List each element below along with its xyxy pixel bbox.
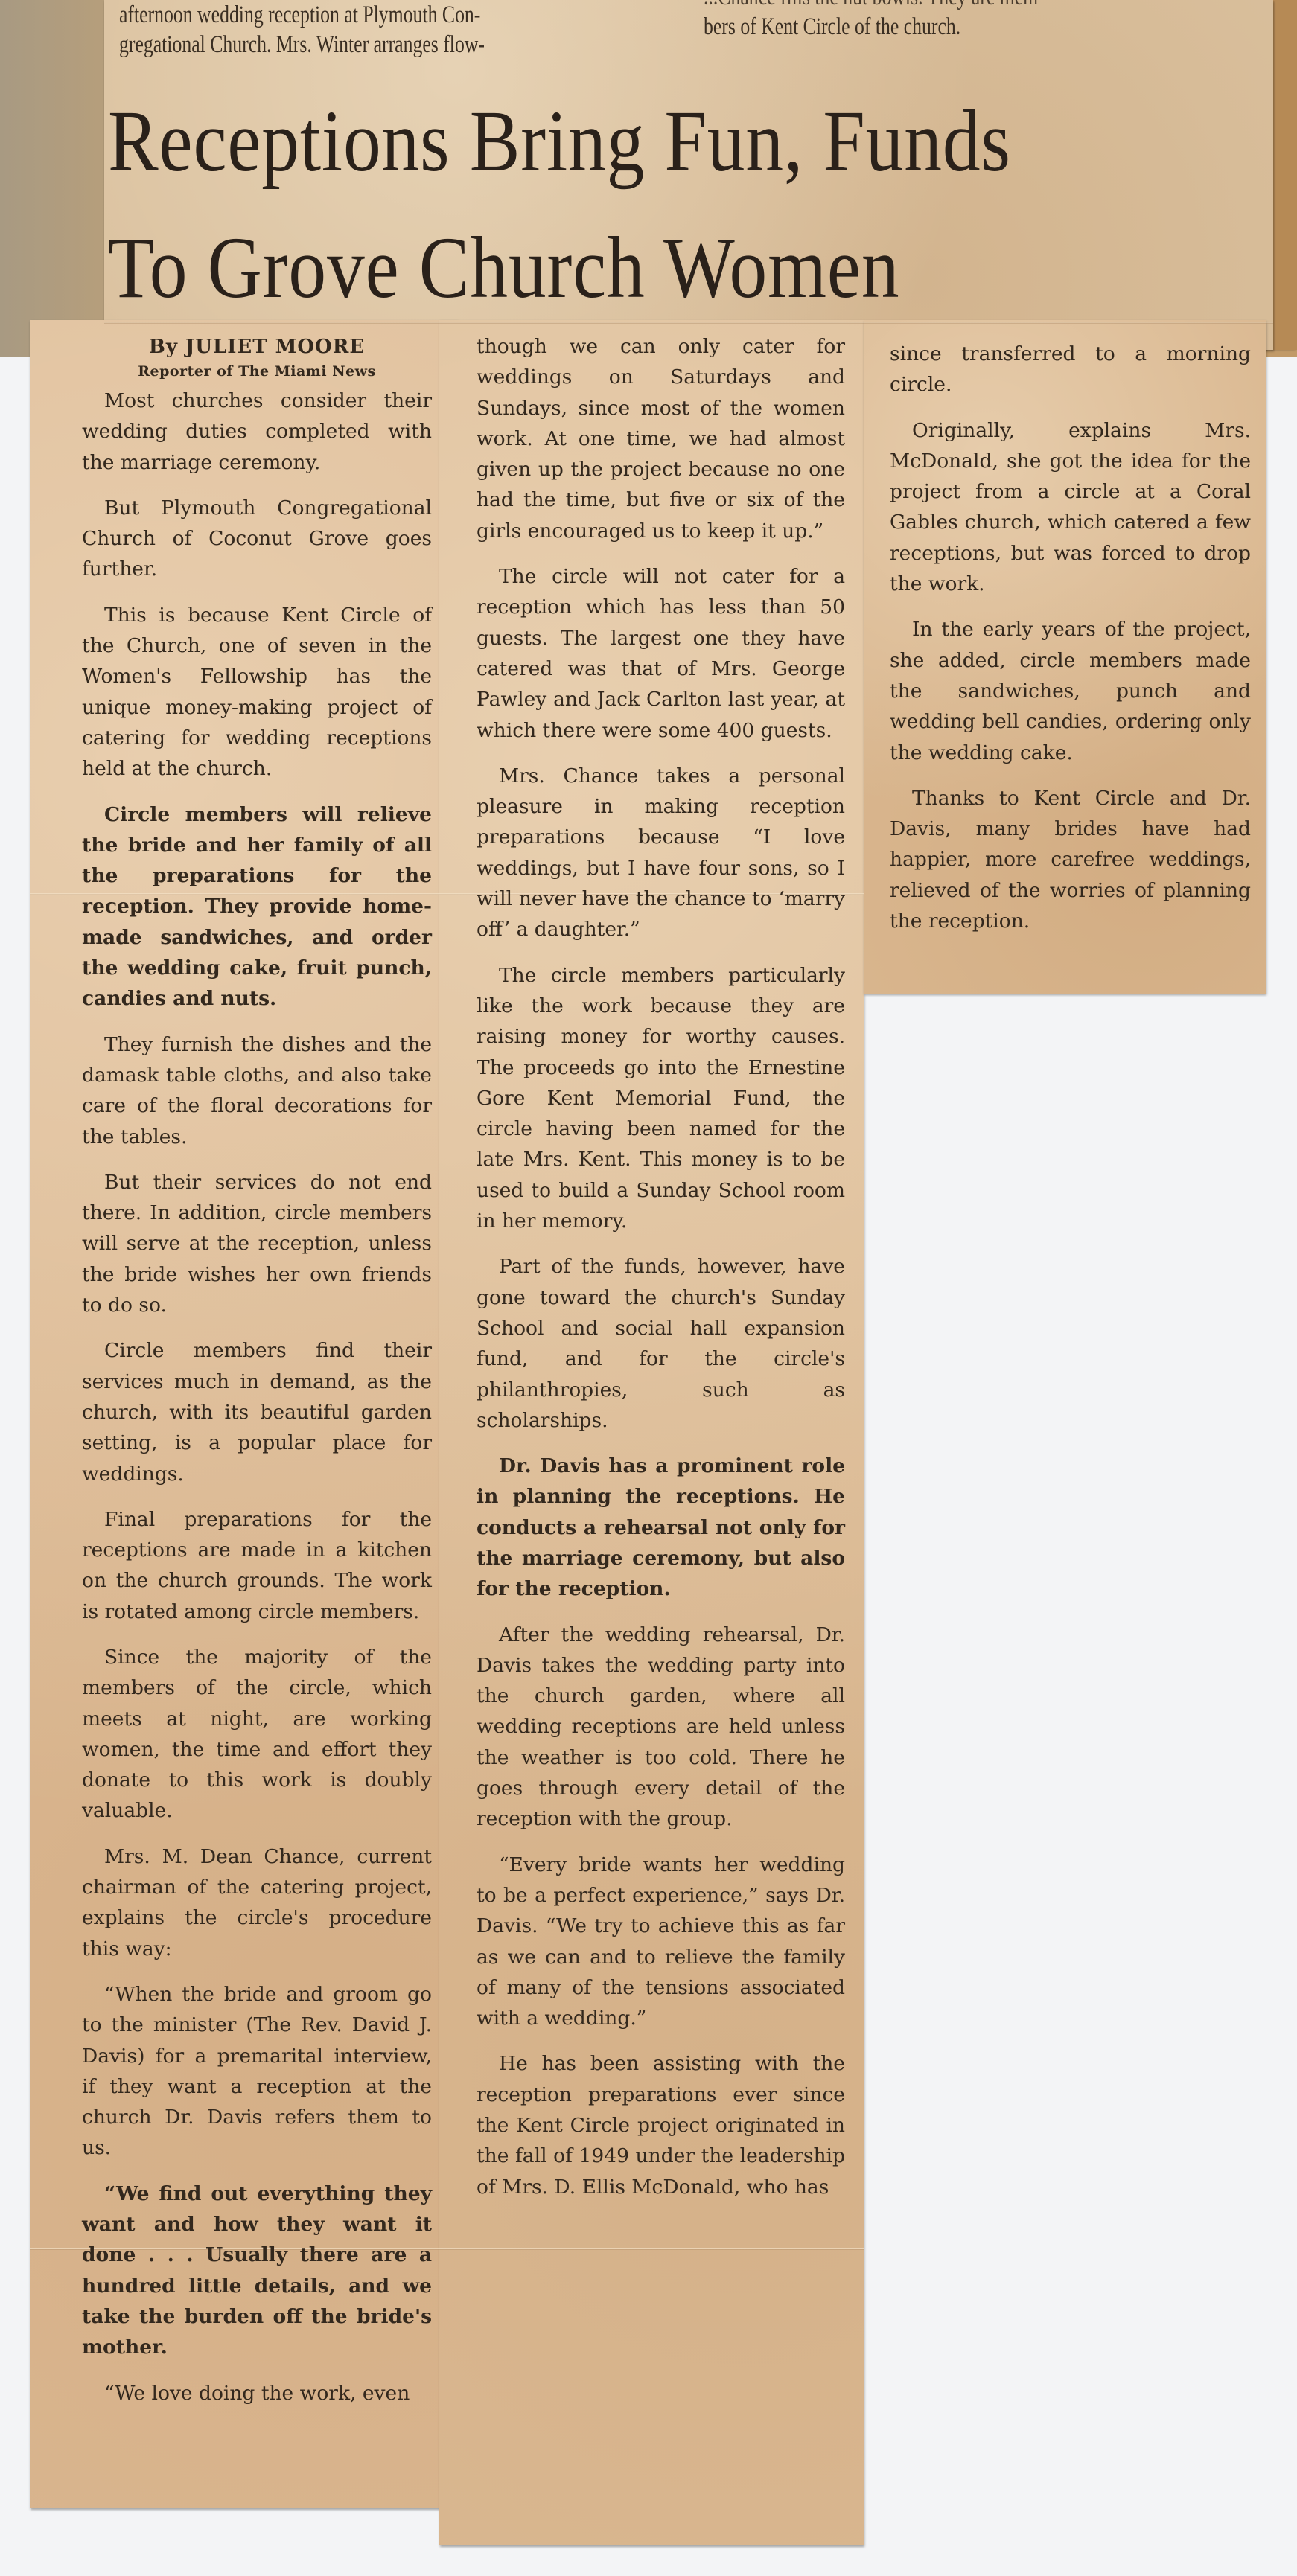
article-paragraph: “Every bride wants her wedding to be a p… [477,1850,845,2034]
article-paragraph: “We find out everything they want and ho… [82,2179,432,2363]
article-paragraph: This is because Kent Circle of the Churc… [82,600,432,784]
caption-line-cut-off: ...Chance fills the nut bowls. They are … [704,0,1214,12]
paragraph-list: Most churches consider their wedding dut… [82,386,432,2409]
article-paragraph: “When the bride and groom go to the mini… [82,1979,432,2164]
article-column-middle: though we can only cater for weddings on… [477,331,845,2217]
article-paragraph: Dr. Davis has a prominent role in planni… [477,1451,845,1604]
byline: By JULIET MOORE Reporter of The Miami Ne… [82,332,432,381]
article-column-left: By JULIET MOORE Reporter of The Miami Ne… [82,371,432,2423]
article-paragraph: The circle members particularly like the… [477,960,845,1237]
article-paragraph: Circle members will relieve the bride an… [82,799,432,1014]
article-paragraph: since transferred to a morning circle. [890,339,1251,400]
byline-affiliation: Reporter of The Miami News [82,362,432,381]
article-paragraph: Originally, explains Mrs. McDonald, she … [890,415,1251,600]
paragraph-list: though we can only cater for weddings on… [477,331,845,2202]
article-paragraph: Mrs. Chance takes a personal pleasure in… [477,761,845,945]
headline: Receptions Bring Fun, Funds To Grove Chu… [108,78,1107,331]
caption-line: gregational Church. Mrs. Winter arranges… [119,30,601,60]
article-paragraph: Thanks to Kent Circle and Dr. Davis, man… [890,783,1251,936]
prior-photo-caption-right: ...Chance fills the nut bowls. They are … [704,0,1214,42]
article-paragraph: Most churches consider their wedding dut… [82,386,432,478]
article-paragraph: In the early years of the project, she a… [890,614,1251,767]
caption-line: afternoon wedding reception at Plymouth … [119,0,601,30]
article-paragraph: He has been assisting with the reception… [477,2048,845,2202]
article-paragraph: But Plymouth Congregational Church of Co… [82,493,432,585]
article-paragraph: Circle members find their services much … [82,1335,432,1489]
article-paragraph: Final preparations for the receptions ar… [82,1504,432,1627]
article-paragraph: though we can only cater for weddings on… [477,331,845,546]
article-paragraph: Part of the funds, however, have gone to… [477,1251,845,1436]
headline-line-2: To Grove Church Women [108,205,1107,331]
backing-board-edge [1273,0,1297,350]
caption-line: bers of Kent Circle of the church. [704,12,1214,42]
article-paragraph: After the wedding rehearsal, Dr. Davis t… [477,1620,845,1835]
byline-author: By JULIET MOORE [149,336,365,358]
article-column-right: since transferred to a morning circle.Or… [890,339,1251,951]
paragraph-list: since transferred to a morning circle.Or… [890,339,1251,936]
article-paragraph: They furnish the dishes and the damask t… [82,1029,432,1152]
article-paragraph: “We love doing the work, even [82,2378,432,2409]
headline-line-1: Receptions Bring Fun, Funds [108,78,1107,205]
prior-photo-caption-left: afternoon wedding reception at Plymouth … [119,0,601,60]
article-paragraph: But their services do not end there. In … [82,1167,432,1320]
article-paragraph: Since the majority of the members of the… [82,1642,432,1826]
article-paragraph: Mrs. M. Dean Chance, current chairman of… [82,1841,432,1964]
article-paragraph: The circle will not cater for a receptio… [477,561,845,746]
